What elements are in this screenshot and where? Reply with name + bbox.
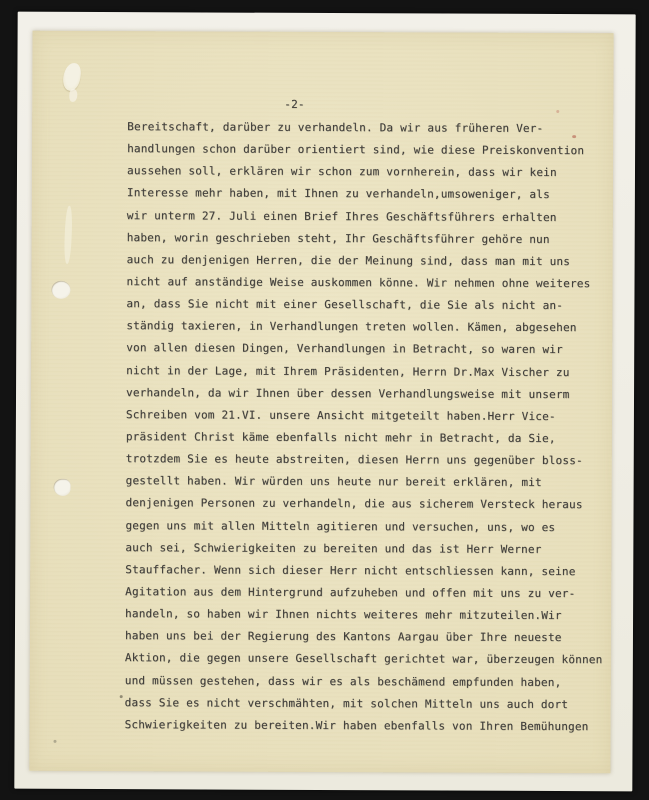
text-line: nicht in der Lage, mit Ihrem Präsidenten… [126, 360, 622, 384]
text-line: von allen diesen Dingen, Verhandlungen i… [126, 338, 622, 362]
letter-body: Bereitschaft, darüber zu verhandeln. Da … [125, 116, 624, 738]
dust-speck [120, 695, 123, 698]
text-line: Interesse mehr haben, mit Ihnen zu verha… [127, 183, 623, 207]
text-line: an, dass Sie nicht mit einer Gesellschaf… [126, 293, 622, 317]
text-line: präsident Christ käme ebenfalls nicht me… [126, 426, 622, 450]
letter-page: -2- Bereitschaft, darüber zu verhandeln.… [29, 31, 613, 774]
text-line: Schwierigkeiten zu bereiten.Wir haben eb… [125, 714, 621, 738]
text-line: haben uns bei der Regierung des Kantons … [125, 625, 621, 649]
dust-speck [54, 740, 57, 743]
text-line: Schreiben vom 21.VI. unsere Ansicht mitg… [126, 404, 622, 428]
text-line: gegen uns mit allen Mitteln agitieren un… [125, 515, 621, 539]
text-line: auch zu denjenigen Herren, die der Meinu… [127, 249, 623, 273]
scanned-document-view: -2- Bereitschaft, darüber zu verhandeln.… [0, 0, 649, 800]
text-line: und müssen gestehen, dass wir es als bes… [125, 670, 621, 694]
text-line: wir unterm 27. Juli einen Brief Ihres Ge… [127, 205, 623, 229]
text-line: ständig taxieren, in Verhandlungen trete… [126, 315, 622, 339]
page-number: -2- [284, 98, 305, 111]
text-line: handlungen schon darüber orientiert sind… [127, 138, 623, 162]
text-line: trotzdem Sie es heute abstreiten, diesen… [126, 448, 622, 472]
text-line: nicht auf anständige Weise auskommen kön… [126, 271, 622, 295]
text-line: denjenigen Personen zu verhandeln, die a… [126, 493, 622, 517]
text-line: Aktion, die gegen unsere Gesellschaft ge… [125, 648, 621, 672]
text-line: auch sei, Schwierigkeiten zu bereiten un… [125, 537, 621, 561]
text-line: Stauffacher. Wenn sich dieser Herr nicht… [125, 559, 621, 583]
text-line: verhandeln, da wir Ihnen über dessen Ver… [126, 382, 622, 406]
punch-hole-top [51, 281, 70, 299]
paper-damage-spot [61, 62, 82, 92]
text-line: dass Sie es nicht verschmähten, mit solc… [125, 692, 621, 716]
text-line: Agitation aus dem Hintergrund aufzuheben… [125, 581, 621, 605]
paper-scratch-streak [64, 206, 73, 264]
paper-damage-tail [69, 89, 77, 102]
text-line: haben, worin geschrieben steht, Ihr Gesc… [127, 227, 623, 251]
red-speck [556, 110, 559, 113]
red-speck [572, 135, 576, 138]
punch-hole-bottom [54, 479, 71, 496]
text-line: gestellt haben. Wir würden uns heute nur… [126, 470, 622, 494]
text-line: Bereitschaft, darüber zu verhandeln. Da … [127, 116, 623, 140]
text-line: handeln, so haben wir Ihnen nichts weite… [125, 603, 621, 627]
text-line: aussehen soll, erklären wir schon zum vo… [127, 160, 623, 184]
backing-sheet: -2- Bereitschaft, darüber zu verhandeln.… [14, 12, 635, 792]
